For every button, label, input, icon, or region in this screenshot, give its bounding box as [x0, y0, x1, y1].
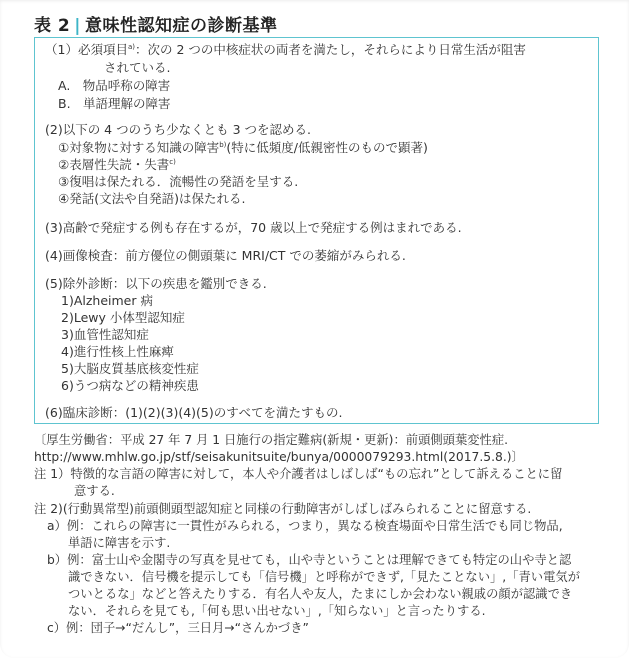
- exclusion-item: 2)Lewy 小体型認知症: [61, 310, 185, 326]
- criterion-1-item-a: A. 物品呼称の障害: [58, 78, 170, 94]
- note-2b-line-3: ついとるな」などと答えたりする．有名人や友人，たまにしか会わない親戚の顔が認識で…: [68, 586, 572, 602]
- exclusion-item: 1)Alzheimer 病: [61, 293, 153, 309]
- source-url: http://www.mhlw.go.jp/stf/seisakunitsuit…: [34, 449, 524, 465]
- criterion-2-item-2-text: ②表層性失読・失書: [58, 157, 169, 172]
- exclusion-item: 4)進行性核上性麻痺: [61, 344, 174, 360]
- criterion-1-item-b: B. 単語理解の障害: [58, 96, 171, 112]
- table-number: 表 2: [34, 16, 70, 36]
- criterion-2-item-3: ③復唱は保たれる．流暢性の発語を呈する.: [58, 174, 298, 190]
- table-title: 表 2|意味性認知症の診断基準: [34, 11, 277, 36]
- document-page: 表 2|意味性認知症の診断基準 （1）必須項目a)：次の 2 つの中核症状の両者…: [0, 0, 629, 658]
- criterion-1-line-1: （1）必須項目a)：次の 2 つの中核症状の両者を満たし，それらにより日常生活が…: [45, 42, 526, 58]
- criterion-1-label: （1）必須項目: [45, 42, 128, 57]
- criterion-4: (4)画像検査：前方優位の側頭葉に MRI/CT での萎縮がみられる.: [45, 248, 406, 264]
- criterion-2-item-4: ④発話(文法や自発語)は保たれる.: [58, 191, 245, 207]
- criterion-2-item-2: ②表層性失読・失書c): [58, 157, 176, 173]
- note-2-heading: 注 2)(行動異常型)前頭側頭型認知症と同様の行動障害がしばしばみられることに留…: [34, 501, 531, 517]
- note-2a-line-2: 単語に障害を示す.: [68, 535, 170, 551]
- criterion-2-item-1-text: ①対象物に対する知識の障害: [58, 140, 219, 155]
- source-citation-line-1: 〔厚生労働省：平成 27 年 7 月 1 日施行の指定難病(新規・更新)：前頭側…: [34, 432, 508, 448]
- exclusion-item: 6)うつ病などの精神疾患: [61, 378, 199, 394]
- footnote-ref-a: a): [128, 43, 135, 51]
- criterion-2-item-1-note: (特に低頻度/低親密性のもので顕著): [226, 140, 427, 155]
- note-2b-line-2: 識できない．信号機を提示しても「信号機」と呼称ができず,「見たことない」,「青い…: [68, 569, 580, 585]
- exclusion-item: 5)大脳皮質基底核変性症: [61, 361, 199, 377]
- criterion-2-heading: (2)以下の 4 つのうち少なくとも 3 つを認める.: [45, 122, 311, 138]
- criterion-2-item-1: ①対象物に対する知識の障害b)(特に低頻度/低親密性のもので顕著): [58, 140, 428, 156]
- exclusion-item: 3)血管性認知症: [61, 327, 149, 343]
- criterion-5-heading: (5)除外診断：以下の疾患を鑑別できる.: [45, 276, 267, 292]
- criterion-1-line-2: されている.: [104, 60, 170, 76]
- note-2c-line-1: c）例：団子→“だんし”，三日月→“さんかづき”: [47, 620, 309, 636]
- note-1-line-1: 注 1）特徴的な言語の障害に対して，本人や介護者はしばしば“もの忘れ”として訴え…: [34, 466, 562, 482]
- footnote-ref-c: c): [169, 158, 176, 166]
- note-2b-line-4: ない．それらを見ても,「何も思い出せない」,「知らない」と言ったりする.: [68, 603, 486, 619]
- criterion-1-text: ：次の 2 つの中核症状の両者を満たし，それらにより日常生活が阻害: [135, 42, 526, 57]
- note-1-line-2: 意する.: [74, 483, 115, 499]
- title-text: 意味性認知症の診断基準: [85, 16, 278, 36]
- criterion-6: (6)臨床診断：(1)(2)(3)(4)(5)のすべてを満たすもの.: [45, 405, 342, 421]
- note-2b-line-1: b）例：富士山や金閣寺の写真を見せても，山や寺ということは理解できても特定の山や…: [47, 552, 571, 568]
- title-separator: |: [74, 16, 81, 36]
- criterion-3: (3)高齢で発症する例も存在するが，70 歳以上で発症する例はまれである.: [45, 220, 462, 236]
- note-2a-line-1: a）例：これらの障害に一貫性がみられる，つまり，異なる検査場面や日常生活でも同じ…: [47, 518, 563, 534]
